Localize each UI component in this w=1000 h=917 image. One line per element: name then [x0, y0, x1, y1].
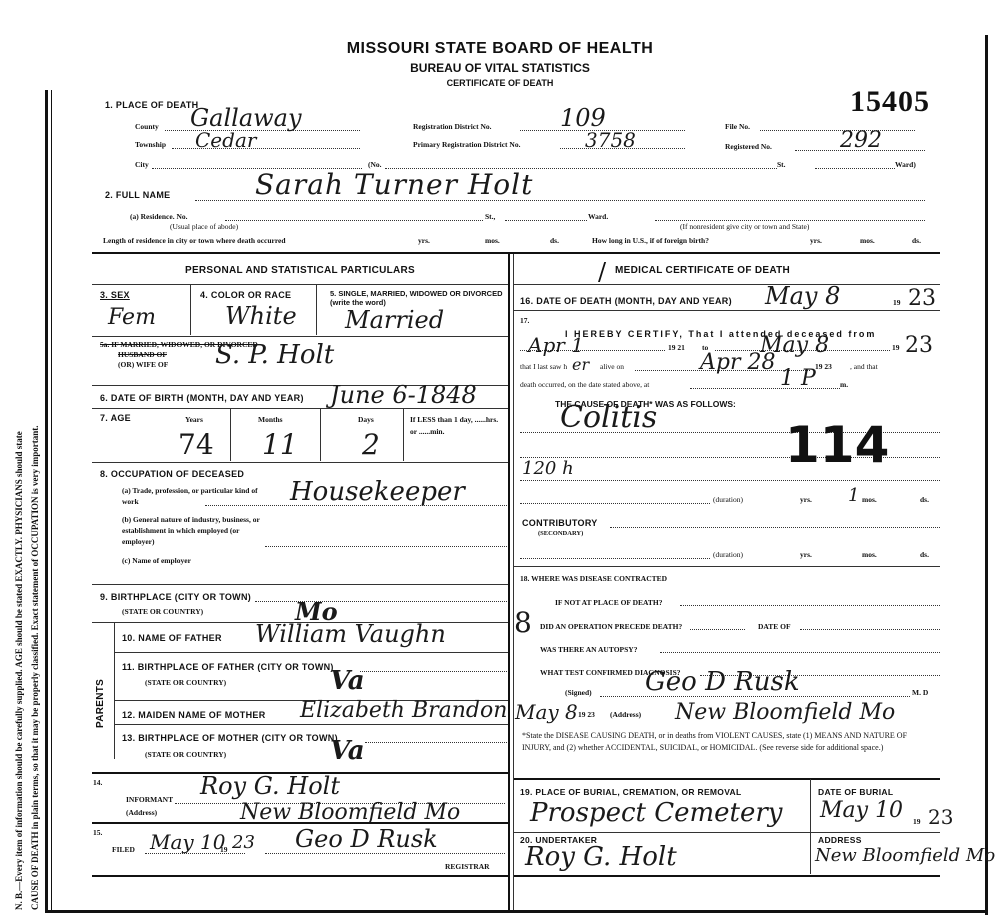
divider-father: [115, 652, 508, 653]
us-ds-label: ds.: [912, 236, 921, 245]
residence-state-line: [655, 220, 925, 221]
cause-code: 114: [785, 420, 889, 470]
length-yrs-label: yrs.: [418, 236, 430, 245]
reg-district-label: Registration District No.: [413, 122, 492, 131]
divider-mother: [115, 724, 508, 725]
burial-place-value: Prospect Cemetery: [530, 798, 783, 828]
page-title: MISSOURI STATE BOARD OF HEALTH: [0, 40, 1000, 58]
primary-reg-label: Primary Registration District No.: [413, 140, 520, 149]
spouse-label-3: (OR) WIFE OF: [118, 360, 168, 369]
father-birth-state-label: (STATE OR COUNTRY): [145, 678, 226, 687]
divider-years: [230, 409, 231, 461]
nonresident-note: (If nonresident give city or town and St…: [680, 222, 809, 231]
divider-medical: [514, 778, 940, 780]
last-saw-label: that I last saw h: [520, 362, 567, 371]
length-mos-label: mos.: [485, 236, 500, 245]
duration-line-1: [520, 503, 710, 504]
mother-birth-label: 13. BIRTHPLACE OF MOTHER (CITY OR TOWN): [122, 733, 338, 743]
dob-value: June 6-1848: [330, 381, 477, 409]
cause-value: Colitis: [560, 400, 657, 435]
duration-yrs-2: yrs.: [800, 550, 812, 559]
father-label: 10. NAME OF FATHER: [122, 633, 222, 643]
parents-side-divider: [114, 623, 115, 759]
duration-line-2: [520, 558, 710, 559]
residence-label: (a) Residence. No.: [130, 212, 188, 221]
divider-dod: [514, 310, 940, 311]
mother-birth-state-label: (STATE OR COUNTRY): [145, 750, 226, 759]
registrar-label: REGISTRAR: [445, 862, 490, 871]
race-value: White: [225, 302, 297, 330]
burial-place-label: 19. PLACE OF BURIAL, CREMATION, OR REMOV…: [520, 787, 742, 797]
duration-label-2: (duration): [713, 550, 743, 559]
trade-value: Housekeeper: [290, 477, 465, 507]
medical-address-label: (Address): [610, 710, 641, 719]
certify-no: 17.: [520, 316, 529, 325]
registrar-signature: Geo D Rusk: [295, 825, 438, 853]
cause-line-3: [520, 480, 940, 481]
duration-mos-value: 1: [848, 485, 859, 506]
occurred-label: death occurred, on the date stated above…: [520, 380, 649, 389]
us-residence-label: How long in U.S., if of foreign birth?: [592, 236, 709, 245]
margin-mark: 8: [514, 606, 532, 639]
alive-on-label: alive on: [600, 362, 624, 371]
mother-value: Elizabeth Brandon: [300, 698, 507, 723]
burial-date-value: May 10: [820, 798, 903, 823]
center-divider-inner: [513, 254, 514, 910]
divider-sex-race: [190, 285, 191, 335]
cause-duration-note: 120 h: [522, 458, 574, 479]
spouse-value: S. P. Holt: [215, 340, 334, 370]
filed-year-value: 23: [232, 832, 255, 853]
certify-text: I HEREBY CERTIFY, That I attended deceas…: [565, 329, 876, 339]
less-than-label: If LESS than 1 day, ......hrs. or ......…: [410, 414, 505, 438]
divider-months: [320, 409, 321, 461]
father-birth-value: Va: [330, 666, 365, 696]
undertaker-address-label: ADDRESS: [818, 835, 862, 845]
duration-ds-1: ds.: [920, 495, 929, 504]
duration-label-1: (duration): [713, 495, 743, 504]
parents-side-label: PARENTS: [95, 679, 106, 728]
informant-label: INFORMANT: [126, 795, 173, 804]
informant-value: Roy G. Holt: [200, 772, 340, 800]
residence-ward-label: Ward.: [588, 212, 608, 221]
birthplace-state-label: (STATE OR COUNTRY): [122, 607, 203, 616]
mother-birth-value: Va: [330, 736, 365, 766]
last-saw-year: 19 23: [815, 362, 832, 371]
last-saw-pronoun: er: [572, 355, 589, 374]
city-st-label: St.: [777, 160, 786, 169]
medical-section-title: MEDICAL CERTIFICATE OF DEATH: [615, 265, 790, 276]
trade-label: (a) Trade, profession, or particular kin…: [122, 485, 272, 507]
left-outer-border: [45, 90, 48, 910]
file-no-label: File No.: [725, 122, 750, 131]
duration-ds-2: ds.: [920, 550, 929, 559]
certificate-number: 15405: [850, 85, 930, 119]
length-residence-label: Length of residence in city or town wher…: [103, 236, 286, 245]
informant-address-label: (Address): [126, 808, 157, 817]
place-of-death-label: 1. PLACE OF DEATH: [105, 100, 198, 110]
residence-ward-line: [505, 220, 587, 221]
attended-to-year-value: 23: [905, 333, 933, 358]
burial-year-prefix: 19: [913, 817, 921, 826]
divider-burial-date: [810, 779, 811, 874]
filed-label: FILED: [112, 845, 135, 854]
autopsy-line: [660, 652, 940, 653]
bottom-border: [45, 910, 988, 913]
length-ds-label: ds.: [550, 236, 559, 245]
time-value: 1 P: [780, 366, 816, 391]
not-at-place-line: [680, 605, 940, 606]
operation-line: [690, 629, 745, 630]
operation-label: DID AN OPERATION PRECEDE DEATH?: [540, 622, 682, 631]
dod-year-value: 23: [908, 286, 936, 311]
attended-from-year: 19 21: [668, 343, 685, 352]
birthplace-line: [255, 601, 507, 602]
bureau-subtitle: BUREAU OF VITAL STATISTICS: [0, 61, 1000, 75]
years-value: 74: [178, 428, 214, 461]
duration-yrs-1: yrs.: [800, 495, 812, 504]
burial-date-label: DATE OF BURIAL: [818, 787, 893, 797]
duration-mos-2: mos.: [862, 550, 877, 559]
city-ward-label: Ward): [895, 160, 916, 169]
divider-medical-title: [514, 284, 940, 285]
residence-line: [225, 220, 483, 221]
divider-personal-title: [92, 284, 508, 285]
mother-label: 12. MAIDEN NAME OF MOTHER: [122, 710, 266, 720]
medical-address-value: New Bloomfield Mo: [675, 700, 895, 725]
dob-label: 6. DATE OF BIRTH (MONTH, DAY AND YEAR): [100, 393, 304, 403]
time-line: [690, 388, 840, 389]
birthplace-label: 9. BIRTHPLACE (CITY OR TOWN): [100, 592, 251, 602]
father-value: William Vaughn: [255, 620, 446, 648]
secondary-label: (SECONDARY): [538, 530, 583, 537]
not-at-place-label: IF NOT AT PLACE OF DEATH?: [555, 598, 662, 607]
county-label: County: [135, 122, 159, 131]
margin-note-line-1: N. B.—Every item of information should b…: [14, 431, 24, 910]
city-ward-line: [815, 168, 895, 169]
burial-year-value: 23: [928, 805, 953, 829]
divider-dob: [92, 408, 508, 409]
months-label: Months: [258, 415, 283, 424]
city-label: City: [135, 160, 149, 169]
contracted-label: 18. WHERE WAS DISEASE CONTRACTED: [520, 574, 667, 583]
divider-cause: [514, 566, 940, 567]
attended-from-value: Apr 1: [528, 333, 584, 357]
us-yrs-label: yrs.: [810, 236, 822, 245]
signed-label: (Signed): [565, 688, 592, 697]
duration-mos-1: mos.: [862, 495, 877, 504]
operation-date-label: DATE OF: [758, 622, 791, 631]
full-name-label: 2. FULL NAME: [105, 190, 170, 200]
file-no-line: [760, 130, 915, 131]
divider-name-section: [92, 252, 940, 254]
contributory-line: [610, 527, 940, 528]
employer-label: (c) Name of employer: [122, 556, 191, 565]
residence-st-label: St.,: [485, 212, 495, 221]
full-name-value: Sarah Turner Holt: [255, 168, 533, 201]
us-mos-label: mos.: [860, 236, 875, 245]
and-that-text: , and that: [850, 362, 878, 371]
primary-reg-value: 3758: [585, 128, 636, 152]
father-birth-label: 11. BIRTHPLACE OF FATHER (CITY OR TOWN): [122, 662, 334, 672]
registrar-line: [265, 853, 505, 854]
operation-date-line: [800, 629, 940, 630]
father-birth-line: [360, 671, 507, 672]
undertaker-address-value: New Bloomfield Mo: [815, 845, 995, 866]
mother-birth-line: [365, 742, 507, 743]
filing-no: 15.: [93, 828, 102, 837]
dod-year-prefix: 19: [893, 298, 901, 307]
industry-label: (b) General nature of industry, business…: [122, 514, 272, 547]
age-label: 7. AGE: [100, 413, 131, 423]
township-value: Cedar: [195, 128, 256, 152]
sex-label: 3. SEX: [100, 290, 130, 300]
sign-year: 19 23: [578, 710, 595, 719]
divider-burial: [514, 832, 940, 833]
left-inner-border: [51, 90, 52, 910]
divider-days: [403, 409, 404, 461]
divider-informant: [92, 822, 508, 824]
margin-note-line-2: CAUSE OF DEATH in plain terms, so that i…: [30, 426, 40, 910]
filed-date-value: May 10: [150, 830, 226, 854]
center-divider: [508, 254, 510, 910]
industry-line: [265, 546, 507, 547]
last-saw-date-value: Apr 28: [700, 350, 775, 375]
registered-no-label: Registered No.: [725, 142, 772, 151]
check-mark: /: [598, 258, 606, 286]
right-border: [985, 35, 988, 915]
attended-to-year-prefix: 19: [892, 343, 900, 352]
spouse-label-2: HUSBAND OF: [118, 350, 167, 359]
race-label: 4. COLOR OR RACE: [200, 290, 291, 300]
sex-value: Fem: [108, 305, 156, 330]
years-label: Years: [185, 415, 203, 424]
md-label: M. D: [912, 688, 928, 697]
filed-year-prefix: 19: [220, 845, 228, 854]
divider-bottom-right: [514, 875, 940, 877]
divider-age: [92, 462, 508, 463]
contributory-label: CONTRIBUTORY: [522, 518, 598, 528]
township-label: Township: [135, 140, 166, 149]
registered-no-value: 292: [840, 128, 882, 153]
informant-no: 14.: [93, 778, 102, 787]
dod-value: May 8: [765, 282, 840, 310]
days-value: 2: [362, 428, 380, 461]
divider-occupation: [92, 584, 508, 585]
undertaker-value: Roy G. Holt: [525, 842, 677, 872]
m-label: m.: [840, 380, 848, 389]
divider-race-marital: [316, 285, 317, 335]
marital-value: Married: [345, 306, 444, 334]
footnote: *State the DISEASE CAUSING DEATH, or in …: [522, 730, 937, 754]
autopsy-label: WAS THERE AN AUTOPSY?: [540, 645, 637, 654]
physician-signature: Geo D Rusk: [645, 667, 800, 697]
dod-label: 16. DATE OF DEATH (MONTH, DAY AND YEAR): [520, 296, 732, 306]
occupation-label: 8. OCCUPATION OF DECEASED: [100, 469, 244, 479]
months-value: 11: [262, 428, 298, 461]
personal-section-title: PERSONAL AND STATISTICAL PARTICULARS: [92, 265, 508, 276]
marital-label: 5. SINGLE, MARRIED, WIDOWED OR DIVORCED …: [330, 289, 505, 307]
divider-sex-row: [92, 336, 508, 337]
days-label: Days: [358, 415, 374, 424]
usual-place-note: (Usual place of abode): [170, 222, 238, 231]
divider-filing: [92, 875, 508, 877]
sign-date-value: May 8: [515, 700, 578, 724]
